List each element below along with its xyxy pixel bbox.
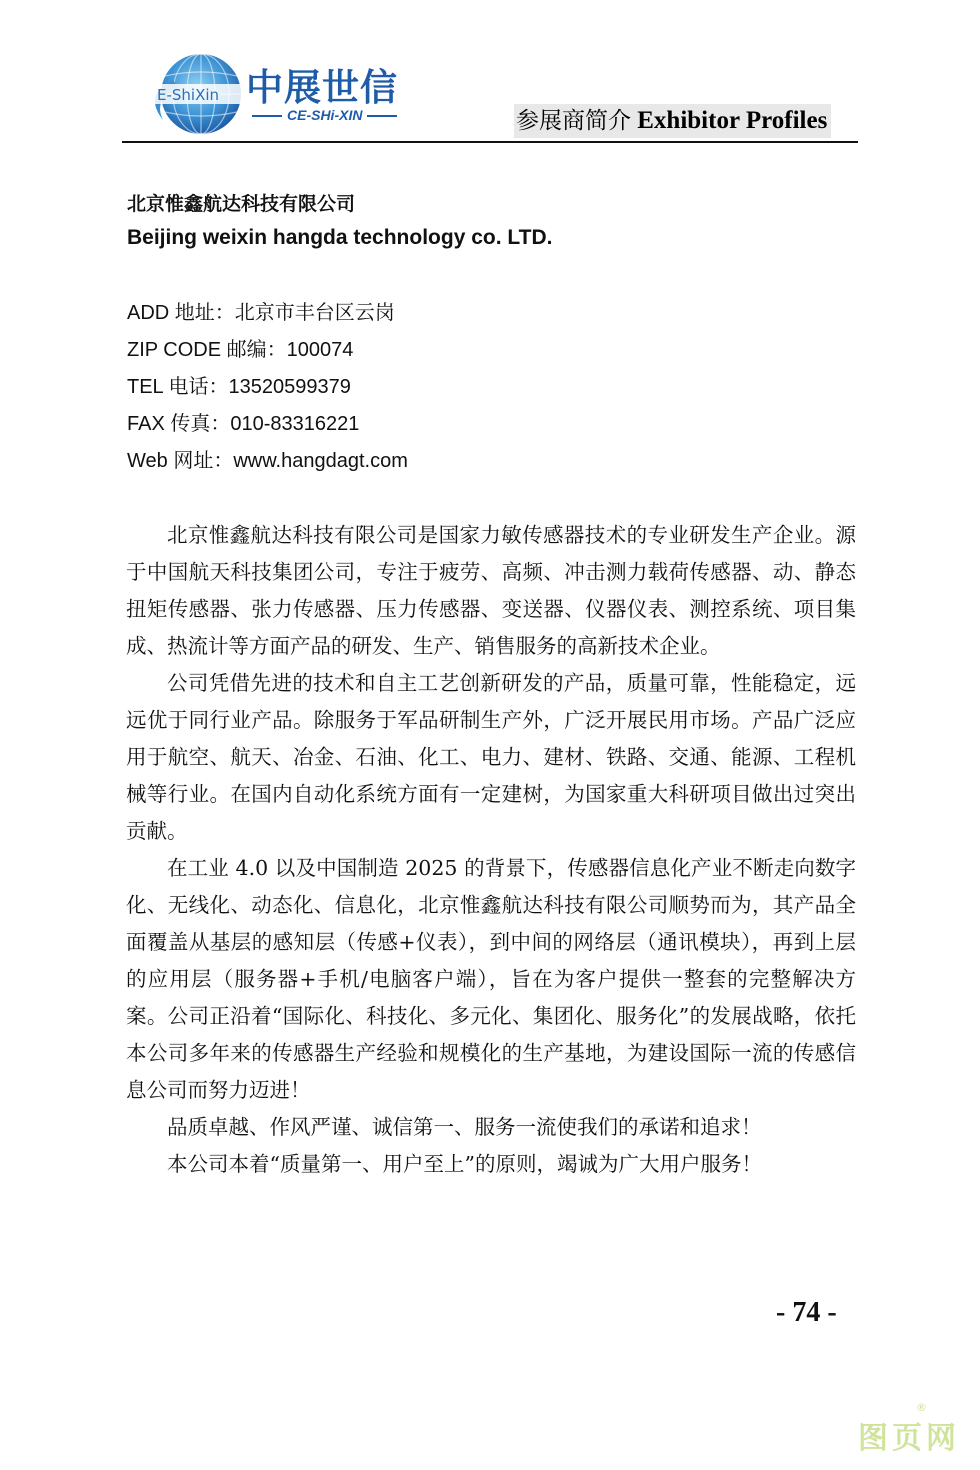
paragraph: 本公司本着“质量第一、用户至上”的原则，竭诚为广大用户服务！	[126, 1146, 856, 1183]
company-description: 北京惟鑫航达科技有限公司是国家力敏传感器技术的专业研发生产企业。源于中国航天科技…	[126, 517, 856, 1183]
contact-value: 100074	[287, 339, 354, 361]
company-name-en: Beijing weixin hangda technology co. LTD…	[127, 226, 552, 250]
website-link[interactable]: www.hangdagt.com	[233, 450, 408, 472]
section-title-en: Exhibitor Profiles	[637, 107, 827, 134]
paragraph: 品质卓越、作风严谨、诚信第一、服务一流使我们的承诺和追求！	[126, 1109, 856, 1146]
header-divider	[122, 141, 858, 143]
contact-value: 13520599379	[229, 376, 351, 398]
paragraph: 北京惟鑫航达科技有限公司是国家力敏传感器技术的专业研发生产企业。源于中国航天科技…	[126, 517, 856, 665]
paragraph: 公司凭借先进的技术和自主工艺创新研发的产品，质量可靠，性能稳定，远远优于同行业产…	[126, 665, 856, 850]
contact-zip: ZIP CODE 邮编：100074	[127, 337, 408, 374]
contact-label: FAX 传真：	[127, 413, 230, 435]
svg-text:E-ShiXin: E-ShiXin	[157, 86, 219, 104]
contact-value: 010-83316221	[230, 413, 359, 435]
contact-label: ADD 地址：	[127, 302, 235, 324]
page-number: - 74 -	[776, 1297, 837, 1329]
registered-icon: ®	[916, 1401, 927, 1414]
section-title-cn: 参展商简介	[516, 108, 631, 134]
contact-web: Web 网址：www.hangdagt.com	[127, 448, 408, 485]
contact-label: TEL 电话：	[127, 376, 229, 398]
contact-fax: FAX 传真：010-83316221	[127, 411, 408, 448]
company-logo: E-ShiXin 中展世信 CE-SHi-XIN	[135, 45, 405, 140]
dash-decoration	[367, 115, 397, 117]
watermark-text: 图页网	[858, 1421, 960, 1456]
logo-english-text: CE-SHi-XIN	[287, 107, 362, 123]
contact-tel: TEL 电话：13520599379	[127, 374, 408, 411]
contact-label: ZIP CODE 邮编：	[127, 339, 287, 361]
globe-icon: E-ShiXin	[143, 50, 243, 138]
company-name-cn: 北京惟鑫航达科技有限公司	[127, 189, 355, 216]
logo-chinese-name: 中展世信	[246, 57, 398, 111]
contact-label: Web 网址：	[127, 450, 233, 472]
paragraph: 在工业 4.0 以及中国制造 2025 的背景下，传感器信息化产业不断走向数字化…	[126, 850, 856, 1109]
dash-decoration	[252, 115, 282, 117]
contact-address: ADD 地址：北京市丰台区云岗	[127, 300, 408, 337]
contact-info: ADD 地址：北京市丰台区云岗 ZIP CODE 邮编：100074 TEL 电…	[127, 300, 408, 485]
logo-english-name: CE-SHi-XIN	[247, 107, 402, 123]
section-title: 参展商简介 Exhibitor Profiles	[514, 104, 831, 138]
watermark: 图页网 ®	[858, 1413, 960, 1457]
contact-value: 北京市丰台区云岗	[235, 302, 395, 324]
